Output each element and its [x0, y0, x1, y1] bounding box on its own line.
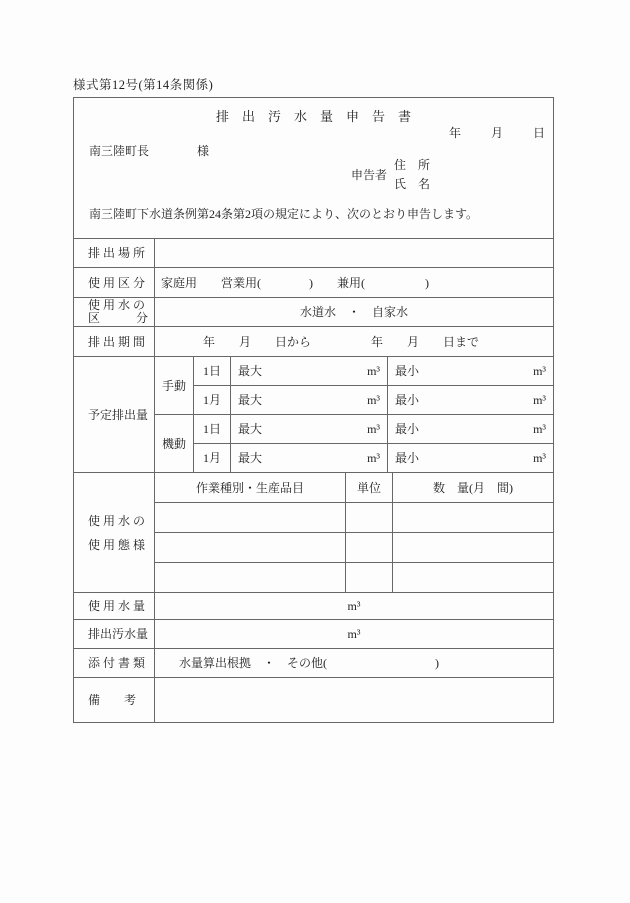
- quantity-field: [393, 563, 554, 593]
- usage-pattern-label: 使 用 水 の 使 用 態 様: [74, 473, 155, 593]
- document-page: 様式第12号(第14条関係) 排 出 汚 水 量 申 告 書 年 月 日 南三陸…: [0, 0, 630, 903]
- year-label: 年: [449, 126, 461, 140]
- period-label: 1月: [194, 386, 231, 415]
- declarant-label: 申告者: [351, 168, 387, 182]
- max-label: 最大: [238, 451, 262, 465]
- address-label: 住 所: [394, 158, 430, 172]
- declaration-form: 排 出 汚 水 量 申 告 書 年 月 日 南三陸町長 様 申告者 住 所: [73, 97, 554, 723]
- min-field: 最小m³: [388, 444, 554, 473]
- usage-pattern-label-line2: 使 用 態 様: [88, 533, 154, 557]
- cubic-meter-unit: m³: [533, 364, 546, 378]
- max-field: 最大m³: [231, 415, 388, 444]
- min-label: 最小: [395, 393, 419, 407]
- unit-field: [346, 533, 393, 563]
- work-type-field: [155, 533, 346, 563]
- declarant-block: 申告者 住 所 氏 名: [351, 158, 430, 191]
- min-field: 最小m³: [388, 386, 554, 415]
- group-manual-label: 手動: [155, 357, 194, 415]
- form-number: 様式第12号(第14条関係): [73, 75, 213, 93]
- wastewater-amount-label: 排出汚水量: [74, 620, 155, 649]
- water-type-field: 水道水 ・ 自家水: [155, 298, 554, 327]
- min-field: 最小m³: [388, 415, 554, 444]
- min-field: 最小m³: [388, 357, 554, 386]
- period-label: 1月: [194, 444, 231, 473]
- attachments-field: 水量算出根拠 ・ その他( ): [155, 649, 554, 678]
- day-label: 日: [533, 126, 545, 140]
- water-type-label: 使 用 水 の 区 分: [74, 298, 155, 327]
- addressee-line: 南三陸町長 様: [89, 144, 209, 158]
- discharge-period-label: 排 出 期 間: [74, 327, 155, 357]
- group-machine-label: 機動: [155, 415, 194, 473]
- cubic-meter-unit: m³: [367, 422, 380, 436]
- planned-discharge-label: 予定排出量: [74, 357, 155, 473]
- work-type-header: 作業種別・生産品目: [155, 473, 346, 503]
- min-label: 最小: [395, 364, 419, 378]
- usage-category-field: 家庭用 営業用( ) 兼用( ): [155, 268, 554, 298]
- water-type-label-line2: 区 分: [88, 312, 154, 325]
- max-field: 最大m³: [231, 444, 388, 473]
- cubic-meter-unit: m³: [533, 393, 546, 407]
- form-header-cell: 排 出 汚 水 量 申 告 書 年 月 日 南三陸町長 様 申告者 住 所: [74, 98, 554, 239]
- max-label: 最大: [238, 364, 262, 378]
- period-label: 1日: [194, 415, 231, 444]
- unit-field: [346, 503, 393, 533]
- work-type-field: [155, 563, 346, 593]
- date-line: 年 月 日: [449, 126, 545, 140]
- month-label: 月: [491, 126, 503, 140]
- max-field: 最大m³: [231, 357, 388, 386]
- min-label: 最小: [395, 451, 419, 465]
- period-label: 1日: [194, 357, 231, 386]
- attachments-label: 添 付 書 類: [74, 649, 155, 678]
- quantity-header: 数 量(月 間): [393, 473, 554, 503]
- max-label: 最大: [238, 422, 262, 436]
- usage-pattern-label-line1: 使 用 水 の: [88, 509, 154, 533]
- unit-field: [346, 563, 393, 593]
- cubic-meter-unit: m³: [533, 422, 546, 436]
- form-header: 排 出 汚 水 量 申 告 書 年 月 日 南三陸町長 様 申告者 住 所: [74, 98, 553, 238]
- remarks-label: 備 考: [74, 678, 155, 723]
- discharge-place-label: 排 出 場 所: [74, 239, 155, 268]
- work-type-field: [155, 503, 346, 533]
- intro-text: 南三陸町下水道条例第24条第2項の規定により、次のとおり申告します。: [89, 207, 478, 221]
- discharge-place-field: [155, 239, 554, 268]
- name-label: 氏 名: [394, 177, 430, 191]
- form-title: 排 出 汚 水 量 申 告 書: [74, 110, 553, 124]
- max-label: 最大: [238, 393, 262, 407]
- wastewater-amount-field: m³: [155, 620, 554, 649]
- cubic-meter-unit: m³: [367, 451, 380, 465]
- water-usage-label: 使 用 水 量: [74, 593, 155, 620]
- cubic-meter-unit: m³: [367, 393, 380, 407]
- declarant-fields: 住 所 氏 名: [394, 158, 430, 191]
- discharge-period-field: 年 月 日から 年 月 日まで: [155, 327, 554, 357]
- honorific-label: 様: [197, 144, 209, 158]
- max-field: 最大m³: [231, 386, 388, 415]
- cubic-meter-unit: m³: [367, 364, 380, 378]
- water-usage-field: m³: [155, 593, 554, 620]
- remarks-field: [155, 678, 554, 723]
- cubic-meter-unit: m³: [533, 451, 546, 465]
- usage-category-label: 使 用 区 分: [74, 268, 155, 298]
- unit-header: 単位: [346, 473, 393, 503]
- quantity-field: [393, 533, 554, 563]
- min-label: 最小: [395, 422, 419, 436]
- quantity-field: [393, 503, 554, 533]
- addressee-name: 南三陸町長: [89, 144, 149, 158]
